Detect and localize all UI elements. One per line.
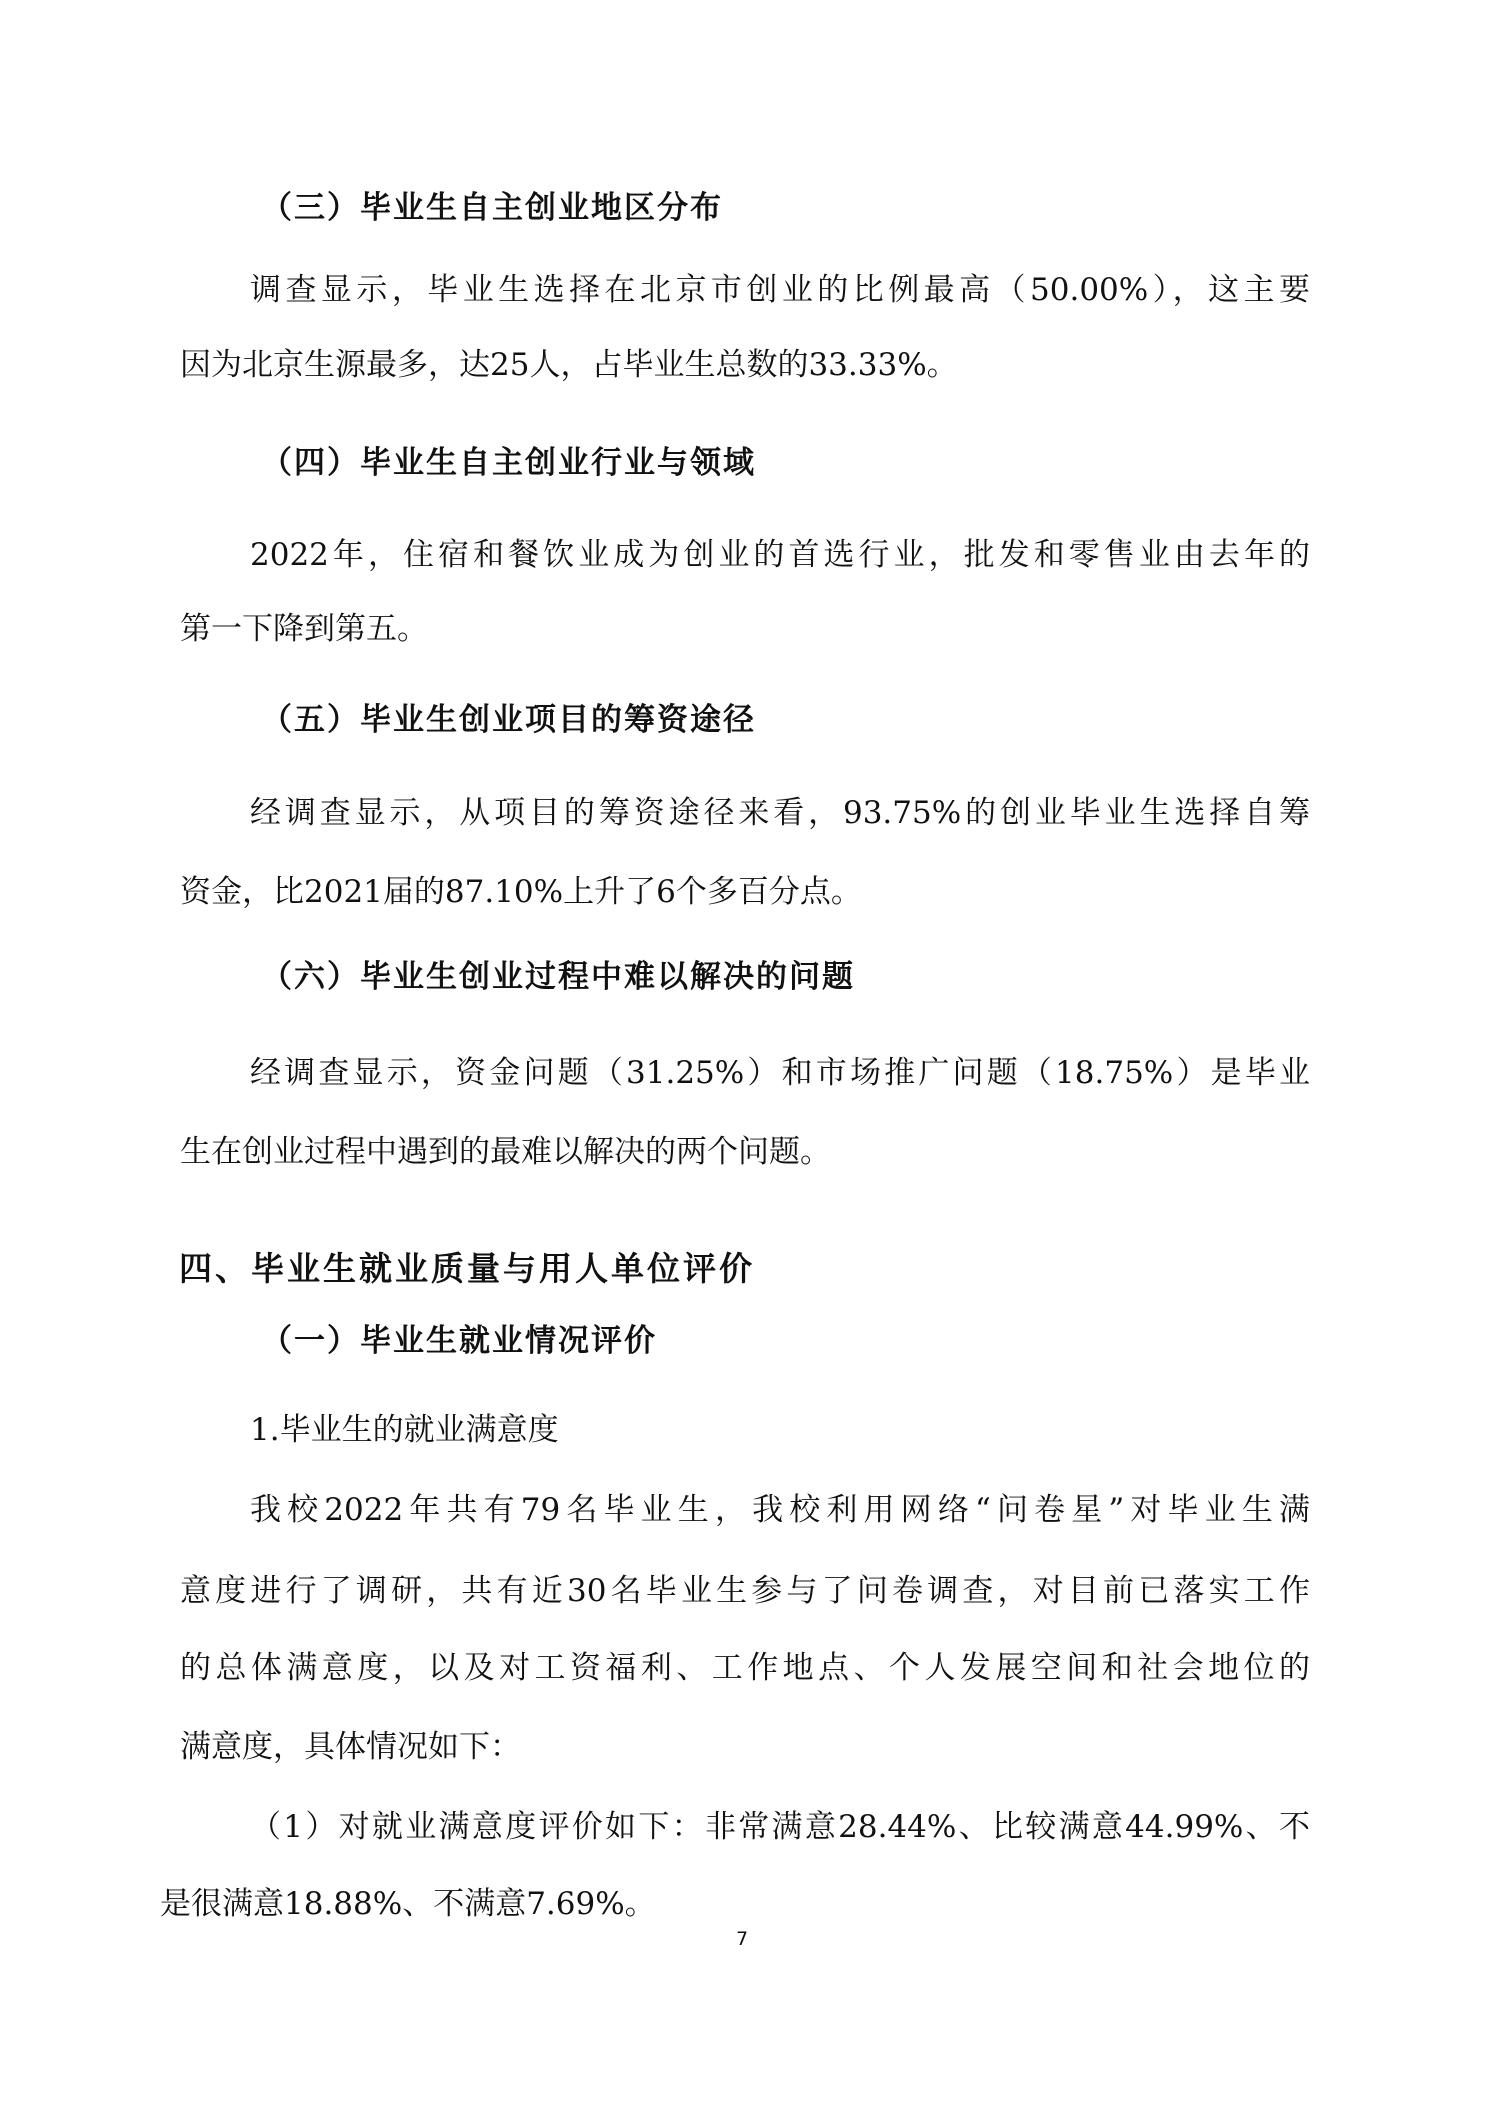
subsection-heading-employment-evaluation: （一）毕业生就业情况评价 [261,1318,657,1364]
paragraph-line: 调查显示，毕业生选择在北京市创业的比例最高（50.00%），这主要 [250,267,1310,313]
paragraph-line: 意度进行了调研，共有近30名毕业生参与了问卷调查，对目前已落实工作 [180,1568,1310,1614]
paragraph-line: 经调查显示，从项目的筹资途径来看，93.75%的创业毕业生选择自筹 [250,790,1310,836]
section-heading-region-distribution: （三）毕业生自主创业地区分布 [261,185,723,231]
paragraph-line: 是很满意18.88%、不满意7.69%。 [160,1881,1290,1927]
item-title: 1.毕业生的就业满意度 [250,1407,1310,1453]
paragraph-line: 经调查显示，资金问题（31.25%）和市场推广问题（18.75%）是毕业 [250,1050,1310,1096]
paragraph-line: 我校2022年共有79名毕业生，我校利用网络“问卷星”对毕业生满 [250,1487,1310,1533]
paragraph-line: 第一下降到第五。 [180,606,1310,652]
paragraph-line: （1）对就业满意度评价如下：非常满意28.44%、比较满意44.99%、不 [250,1804,1310,1850]
section-heading-industry: （四）毕业生自主创业行业与领域 [261,440,756,486]
paragraph-line: 满意度，具体情况如下： [180,1724,1310,1770]
paragraph-line: 资金，比2021届的87.10%上升了6个多百分点。 [180,869,1310,915]
paragraph-line: 生在创业过程中遇到的最难以解决的两个问题。 [180,1129,1310,1175]
paragraph-line: 2022年，住宿和餐饮业成为创业的首选行业，批发和零售业由去年的 [250,532,1310,578]
paragraph-line: 的总体满意度，以及对工资福利、工作地点、个人发展空间和社会地位的 [180,1645,1310,1691]
section-heading-problems: （六）毕业生创业过程中难以解决的问题 [261,954,855,1000]
section-heading-funding: （五）毕业生创业项目的筹资途径 [261,697,756,743]
paragraph-line: 因为北京生源最多，达25人，占毕业生总数的33.33%。 [180,342,1310,388]
page-number: 7 [736,1926,748,1952]
chapter-heading: 四、毕业生就业质量与用人单位评价 [179,1244,755,1294]
